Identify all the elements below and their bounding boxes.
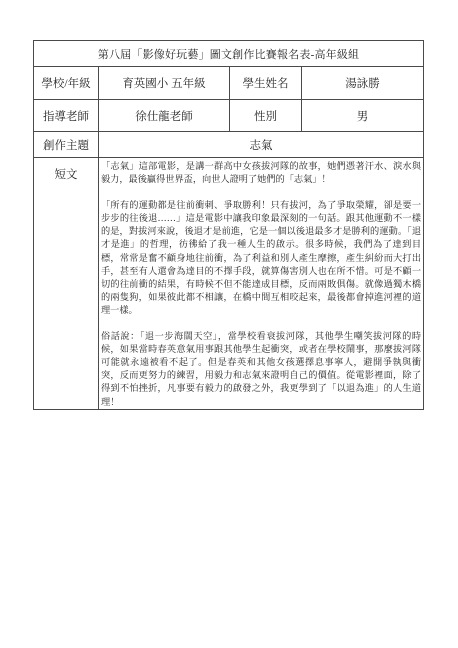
essay-paragraph: 俗話說：「退一步海闊天空」，當學校看衰拔河隊，其他學生嘲笑拔河隊的時候，如果當時… <box>101 330 421 409</box>
row-topic: 創作主題 志氣 <box>34 132 424 158</box>
essay-label: 短文 <box>34 158 99 410</box>
field-label-topic: 創作主題 <box>34 132 99 158</box>
essay-paragraph: 「所有的運動都是往前衝刺、爭取勝利！只有拔河，為了爭取榮耀，卻是要一步步的往後退… <box>101 199 421 317</box>
field-label-teacher: 指導老師 <box>34 100 99 132</box>
title-row: 第八屆「影像好玩藝」圖文創作比賽報名表-高年級組 <box>34 41 424 67</box>
row-essay: 短文 「志氣」這部電影，是講一群高中女孩拔河隊的故事，她們憑著汗水、淚水與毅力，… <box>34 158 424 410</box>
field-label-gender: 性別 <box>230 100 302 132</box>
row-teacher-and-gender: 指導老師 徐仕龍老師 性別 男 <box>34 100 424 132</box>
row-school-and-name: 學校/年級 育英國小 五年級 學生姓名 湯詠勝 <box>34 67 424 100</box>
field-value-topic: 志氣 <box>99 132 424 158</box>
field-value-teacher: 徐仕龍老師 <box>99 100 230 132</box>
field-label-school-grade: 學校/年級 <box>34 67 99 100</box>
essay-paragraph: 「志氣」這部電影，是講一群高中女孩拔河隊的故事，她們憑著汗水、淚水與毅力，最後贏… <box>101 160 421 186</box>
essay-content: 「志氣」這部電影，是講一群高中女孩拔河隊的故事，她們憑著汗水、淚水與毅力，最後贏… <box>99 158 424 410</box>
form-title: 第八屆「影像好玩藝」圖文創作比賽報名表-高年級組 <box>34 41 424 67</box>
field-label-student-name: 學生姓名 <box>230 67 302 100</box>
field-value-school-grade: 育英國小 五年級 <box>99 67 230 100</box>
document-page: 第八屆「影像好玩藝」圖文創作比賽報名表-高年級組 學校/年級 育英國小 五年級 … <box>0 0 458 648</box>
field-value-student-name: 湯詠勝 <box>302 67 424 100</box>
field-value-gender: 男 <box>302 100 424 132</box>
registration-form-table: 第八屆「影像好玩藝」圖文創作比賽報名表-高年級組 學校/年級 育英國小 五年級 … <box>33 40 424 410</box>
